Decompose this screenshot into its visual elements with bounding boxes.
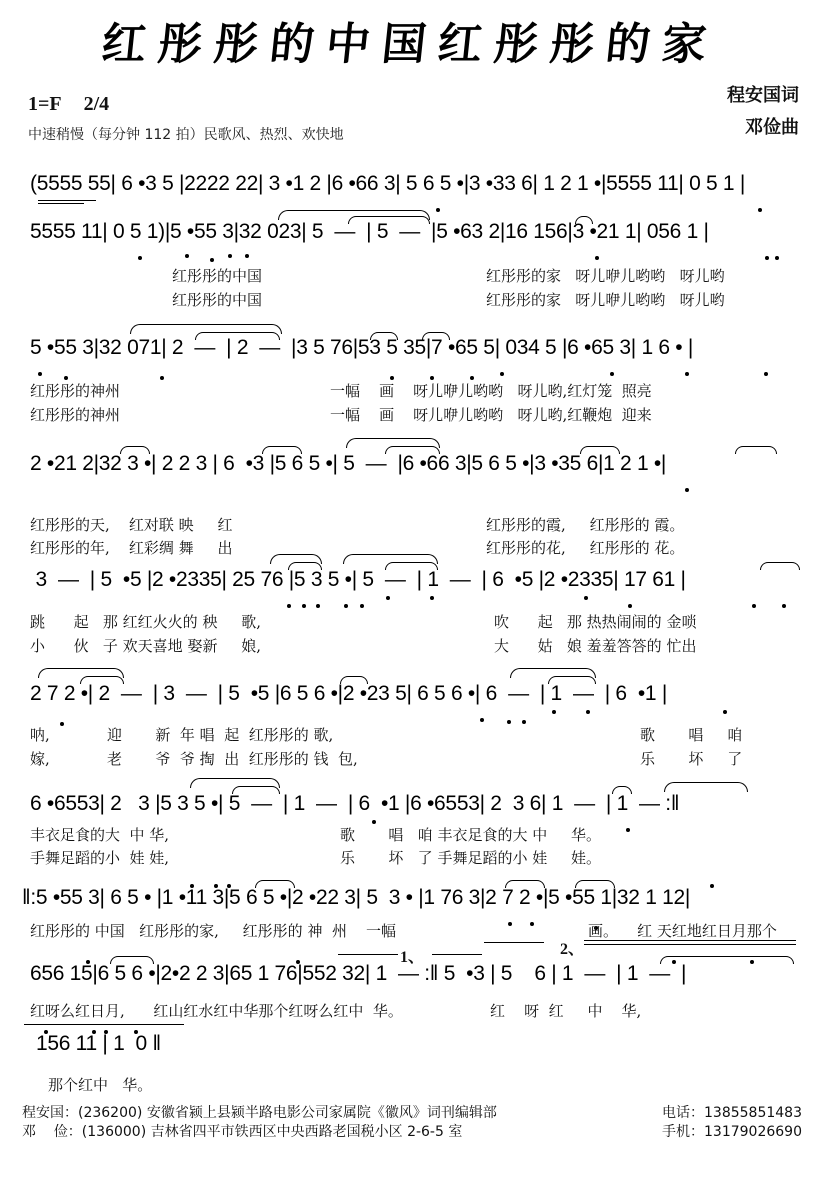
key-time-signature: 1=F2/4 [28,93,109,116]
octave-dot [775,256,779,260]
lyric-verse-2-cont: 乐 坏 了 [640,748,742,769]
lyric-verse-2-cont: 红彤彤的家 呀儿咿儿哟哟 呀儿哟 [486,289,725,310]
notation-line: 5555 11| 0 5 1)|5 •55 3|32 023| 5 — | 5 … [30,220,709,244]
octave-dot [758,208,762,212]
volta-1-bracket [432,954,482,955]
composer-address: 邓 俭：(136000) 吉林省四平市铁西区中央西路老国税小区 2-6-5 室 [22,1123,462,1142]
lyric-refrain: 红呀么红日月, 红山红水红中华那个红呀么红中 华。 [30,1000,403,1021]
notation-line: 656 15|6 5 6 •|2•2 2 3|65 1 76|552 32| 1… [30,962,686,986]
lyric-verse-1: 呐, 迎 新 年 唱 起 红彤彤的 歌, [30,724,333,745]
lyric-verse-2: 手舞足蹈的小 娃 娃, [30,847,169,868]
octave-dot [610,372,614,376]
lyric-verse-2-cont: 红彤彤的花, 红彤彤的 花。 [486,537,684,558]
octave-dot [685,488,689,492]
octave-dot [500,372,504,376]
lyric-verse-2: 小 伙 子 欢天喜地 娶新 娘, [30,635,261,656]
octave-dot [508,922,512,926]
lyricist-credit: 程安国词 [727,80,799,112]
song-title: 红彤彤的中国红彤彤的家 [0,8,821,72]
tempo-marking: 中速稍慢（每分钟 112 拍）民歌风、热烈、欢快地 [28,124,344,144]
lyric-verse-2: 嫁, 老 爷 爷 掏 出 红彤彤的 钱 包, [30,748,358,769]
composer-phone: 手机：13179026690 [662,1123,802,1142]
lyric-verse-2-cont: 大 姑 娘 羞羞答答的 忙出 [494,635,696,656]
octave-dot [782,604,786,608]
lyric-verse-2: 红彤彤的年, 红彩绸 舞 出 [30,537,232,558]
lyric-coda: 那个红中 华。 [48,1074,152,1095]
lyric-refrain-cont: 红 呀 红 中 华, [490,1000,641,1021]
octave-dot [316,604,320,608]
octave-dot [386,596,390,600]
octave-dot [228,254,232,258]
lyric-verse-1: 跳 起 那 红红火火的 秧 歌, [30,611,261,632]
octave-dot [436,208,440,212]
volta-1-bracket [338,954,398,955]
octave-dot [360,604,364,608]
octave-dot [287,604,291,608]
lyric-bracket-line [24,1024,184,1025]
octave-dot [430,596,434,600]
lyricist-phone: 电话：13855851483 [662,1104,802,1123]
lyric-verse-1-cont: 吹 起 那 热热闹闹的 金唢 [494,611,696,632]
credits: 程安国词 邓俭曲 [727,80,799,144]
lyric-bracket-line [484,942,544,943]
octave-dot [628,604,632,608]
octave-dot [302,604,306,608]
notation-line: 6 •6553| 2 3 |5 3 5 •| 5 — | 1 — | 6 •1 … [30,792,679,816]
lyric-bracket-line [584,940,796,941]
octave-dot [480,718,484,722]
lyric-verse-2: 红彤彤的中国 [172,289,262,310]
lyricist-address: 程安国：(236200) 安徽省颍上县颍半路电影公司家属院《徽风》词刊编辑部 [22,1104,497,1123]
lyric-verse-1: 红彤彤的神州 [30,380,120,401]
octave-dot [185,254,189,258]
octave-dot [38,372,42,376]
lyric-verse-2-cont: 一幅 画 呀儿咿儿哟哟 呀儿哟,红鞭炮 迎来 [330,404,652,425]
notation-line: ‖:5 •55 3| 6 5 • |1 •11 3|5 6 5 •|2 •22 … [22,886,690,910]
octave-dot [344,604,348,608]
composer-credit: 邓俭曲 [727,112,799,144]
lyric-verse-2-cont: 乐 坏 了 手舞足蹈的小 娃 娃。 [340,847,601,868]
octave-dot [723,710,727,714]
tie-slur [735,446,777,454]
contact-info: 程安国：(236200) 安徽省颍上县颍半路电影公司家属院《徽风》词刊编辑部 电… [22,1104,802,1142]
octave-dot-above [710,884,714,888]
lyric-bracket-line [584,944,796,945]
time-signature: 2/4 [84,93,110,115]
octave-dot [522,720,526,724]
lyric-verse-1-cont: 歌 唱 咱 [640,724,742,745]
lyric-verse-1: 丰衣足食的大 中 华, [30,824,169,845]
lyric-verse-1-cont: 歌 唱 咱 丰衣足食的大 中 华。 [340,824,601,845]
notation-line: 2 7 2 •| 2 — | 3 — | 5 •5 |6 5 6 •|2 •23… [30,682,667,706]
octave-dot [626,828,630,832]
lyricist-contact-row: 程安国：(236200) 安徽省颍上县颍半路电影公司家属院《徽风》词刊编辑部 电… [22,1104,802,1123]
underline-beam [38,203,84,204]
underline-beam [38,200,96,201]
lyric-verse-1: 红彤彤的中国 [172,265,262,286]
octave-dot [138,256,142,260]
octave-dot [552,710,556,714]
notation-line: (5555 55| 6 •3 5 |2222 22| 3 •1 2 |6 •66… [30,172,745,196]
octave-dot [586,710,590,714]
lyric-verse-1-cont: 一幅 画 呀儿咿儿哟哟 呀儿哟,红灯笼 照亮 [330,380,652,401]
lyric-verse-1: 红彤彤的天, 红对联 映 红 [30,514,232,535]
octave-dot [530,922,534,926]
octave-dot [595,256,599,260]
composer-contact-row: 邓 俭：(136000) 吉林省四平市铁西区中央西路老国税小区 2-6-5 室 … [22,1123,802,1142]
octave-dot-above [750,960,754,964]
octave-dot [752,604,756,608]
octave-dot [685,372,689,376]
octave-dot [765,256,769,260]
tie-slur [760,562,800,570]
notation-line: 5 •55 3|32 071| 2 — | 2 — |3 5 76|53 5 3… [30,336,693,360]
lyric-verse-1-cont: 红彤彤的霞, 红彤彤的 霞。 [486,514,684,535]
volta-2-label: 2、 [560,936,584,959]
notation-line: 156 11 | 1 0 ‖ [36,1032,161,1056]
notation-line: 3 — | 5 •5 |2 •2335| 25 76 |5 3 5 •| 5 —… [30,568,686,592]
notation-line: 2 •21 2|32 3 •| 2 2 3 | 6 •3 |5 6 5 •| 5… [30,452,666,476]
octave-dot [245,254,249,258]
tie-slur [664,782,748,792]
lyric-refrain-cont: 画。 红 天红地红日月那个 [588,920,777,941]
octave-dot [210,258,214,262]
octave-dot [160,376,164,380]
lyric-verse-1-cont: 红彤彤的家 呀儿咿儿哟哟 呀儿哟 [486,265,725,286]
key-signature: 1=F [28,93,62,115]
octave-dot [507,720,511,724]
octave-dot [764,372,768,376]
lyric-verse-2: 红彤彤的神州 [30,404,120,425]
octave-dot [584,596,588,600]
lyric-refrain: 红彤彤的 中国 红彤彤的家, 红彤彤的 神 州 一幅 [30,920,396,941]
